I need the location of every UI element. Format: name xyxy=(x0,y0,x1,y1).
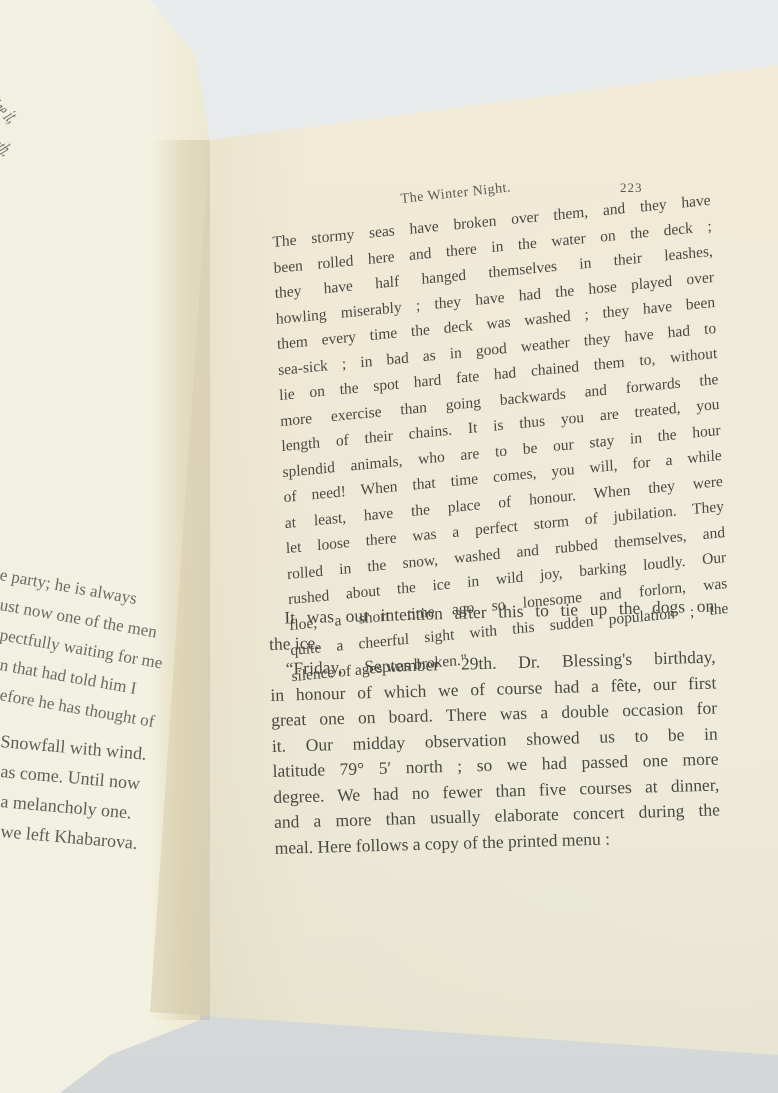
left-page-middle-text: e party; he is always ust now one of the… xyxy=(0,560,160,710)
left-page-bottom-text: Snowfall with wind. as come. Until now a… xyxy=(0,740,160,860)
left-page-upper-text: Chapter VI. Now I begin to divine it, h—… xyxy=(0,20,72,412)
paragraphs-2-3: It was our intention after this to tie u… xyxy=(268,594,721,861)
book-photo: Chapter VI. Now I begin to divine it, h—… xyxy=(0,0,778,1093)
book-gutter xyxy=(150,140,210,1020)
